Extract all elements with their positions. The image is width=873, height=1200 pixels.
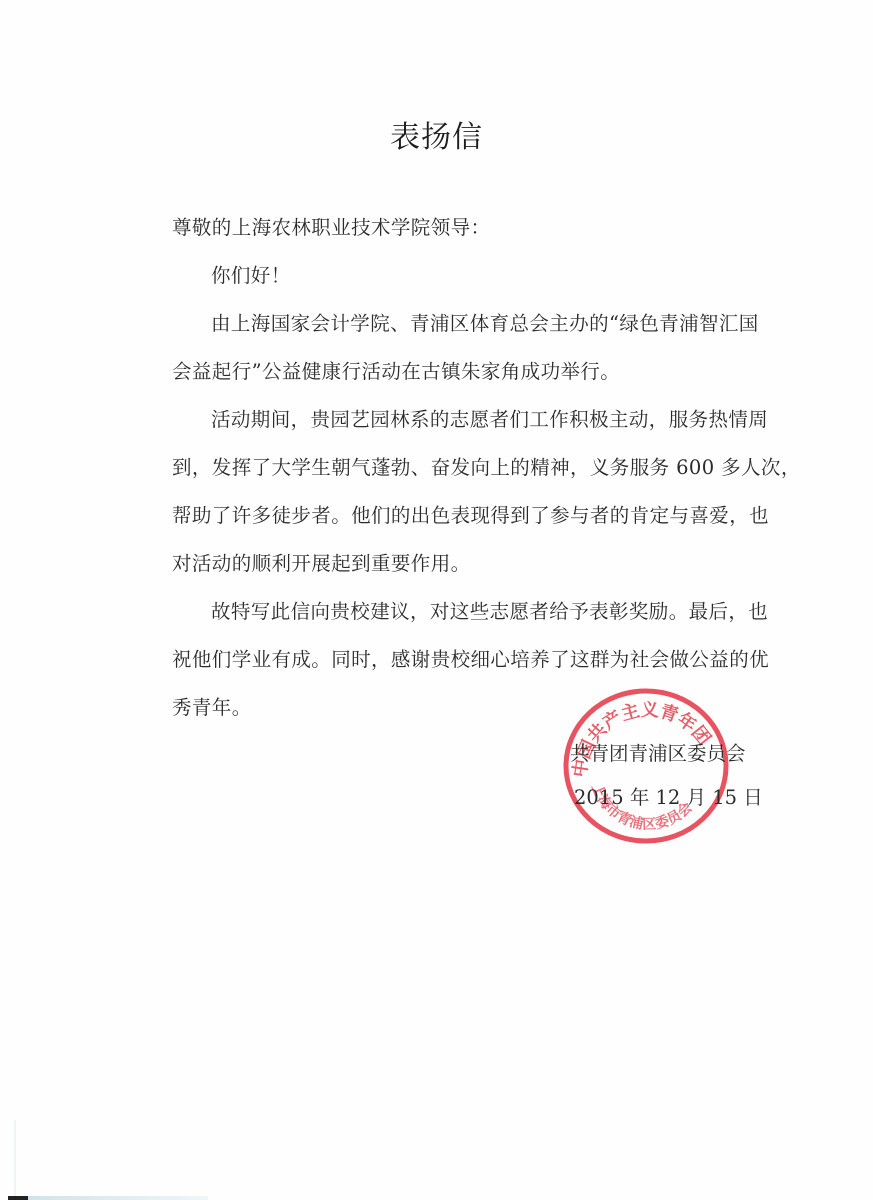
paragraph-2-line-3: 帮助了许多徒步者。他们的出色表现得到了参与者的肯定与喜爱，也	[172, 500, 769, 528]
paragraph-3-line-2: 祝他们学业有成。同时，感谢贵校细心培养了这群为社会做公益的优	[172, 644, 769, 672]
signature-organization: 共青团青浦区委员会	[570, 738, 746, 766]
document-title: 表扬信	[0, 112, 873, 156]
paragraph-3-line-3: 秀青年。	[172, 692, 252, 720]
paragraph-3-line-1: 故特写此信向贵校建议，对这些志愿者给予表彰奖励。最后，也	[211, 596, 768, 624]
greeting: 你们好！	[211, 260, 291, 288]
paragraph-1-line-2: 会益起行”公益健康行活动在古镇朱家角成功举行。	[172, 356, 620, 384]
signature-date: 2015 年 12 月 15 日	[574, 782, 763, 810]
paragraph-1-line-1: 由上海国家会计学院、青浦区体育总会主办的“绿色青浦智汇国	[211, 308, 759, 336]
scan-bottom-edge	[8, 1196, 208, 1200]
paragraph-2-line-1: 活动期间，贵园艺园林系的志愿者们工作积极主动，服务热情周	[211, 404, 768, 432]
scan-edge-shadow	[14, 1120, 16, 1196]
paragraph-2-line-4: 对活动的顺利开展起到重要作用。	[172, 548, 471, 576]
salutation: 尊敬的上海农林职业技术学院领导：	[172, 212, 490, 240]
letter-page: 表扬信 尊敬的上海农林职业技术学院领导： 你们好！ 由上海国家会计学院、青浦区体…	[0, 0, 873, 1200]
paragraph-2-line-2: 到，发挥了大学生朝气蓬勃、奋发向上的精神，义务服务 600 多人次，	[172, 452, 801, 480]
